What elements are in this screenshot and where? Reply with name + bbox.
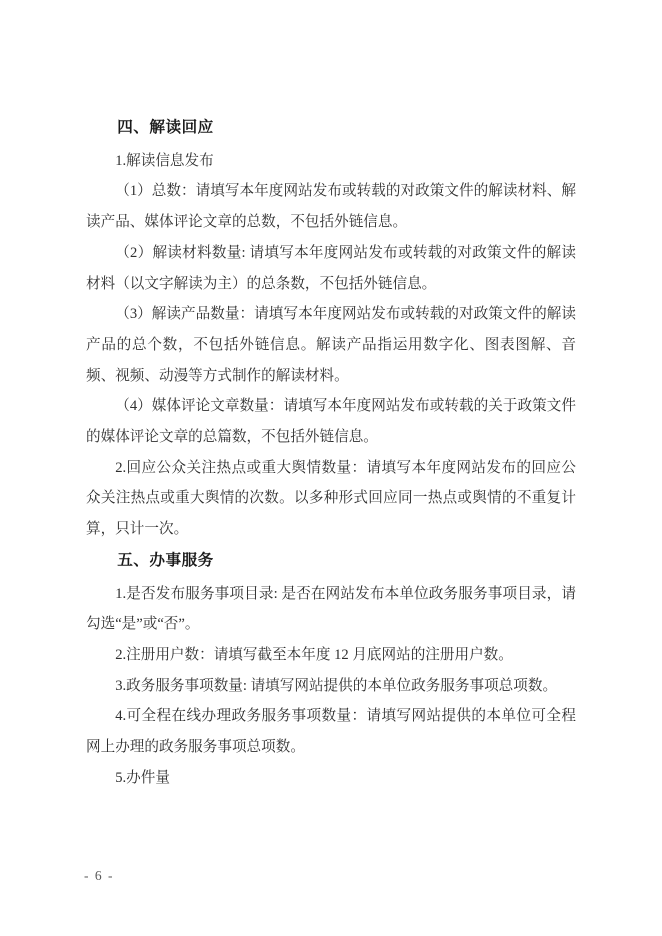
paragraph-service-catalog-published: 1.是否发布服务事项目录: 是否在网站发布本单位政务服务事项目录，请勾选“是”或… xyxy=(86,579,576,640)
paragraph-public-hotspot-response-count: 2.回应公众关注热点或重大舆情数量：请填写本年度网站发布的回应公众关注热点或重大… xyxy=(86,453,576,545)
paragraph-registered-users-count: 2.注册用户数：请填写截至本年度 12 月底网站的注册用户数。 xyxy=(86,640,576,671)
paragraph-interpretation-products-count: （3）解读产品数量：请填写本年度网站发布或转载的对政策文件的解读产品的总个数，不… xyxy=(86,299,576,391)
paragraph-interpretation-materials-count: （2）解读材料数量: 请填写本年度网站发布或转载的对政策文件的解读材料（以文字解… xyxy=(86,238,576,299)
section-heading-service-handling: 五、办事服务 xyxy=(86,546,576,577)
paragraph-media-commentary-count: （4）媒体评论文章数量：请填写本年度网站发布或转载的关于政策文件的媒体评论文章的… xyxy=(86,391,576,452)
document-page: 四、解读回应 1.解读信息发布 （1）总数：请填写本年度网站发布或转载的对政策文… xyxy=(0,0,662,936)
page-content: 四、解读回应 1.解读信息发布 （1）总数：请填写本年度网站发布或转载的对政策文… xyxy=(86,112,576,793)
page-number: - 6 - xyxy=(84,867,114,885)
paragraph-interpretation-info-release: 1.解读信息发布 xyxy=(86,146,576,177)
paragraph-fully-online-service-items-count: 4.可全程在线办理政务服务事项数量：请填写网站提供的本单位可全程网上办理的政务服… xyxy=(86,701,576,762)
paragraph-handled-cases-volume: 5.办件量 xyxy=(86,763,576,794)
paragraph-total-count: （1）总数：请填写本年度网站发布或转载的对政策文件的解读材料、解读产品、媒体评论… xyxy=(86,176,576,237)
paragraph-government-service-items-count: 3.政务服务事项数量: 请填写网站提供的本单位政务服务事项总项数。 xyxy=(86,671,576,702)
section-heading-interpretation-response: 四、解读回应 xyxy=(86,113,576,144)
